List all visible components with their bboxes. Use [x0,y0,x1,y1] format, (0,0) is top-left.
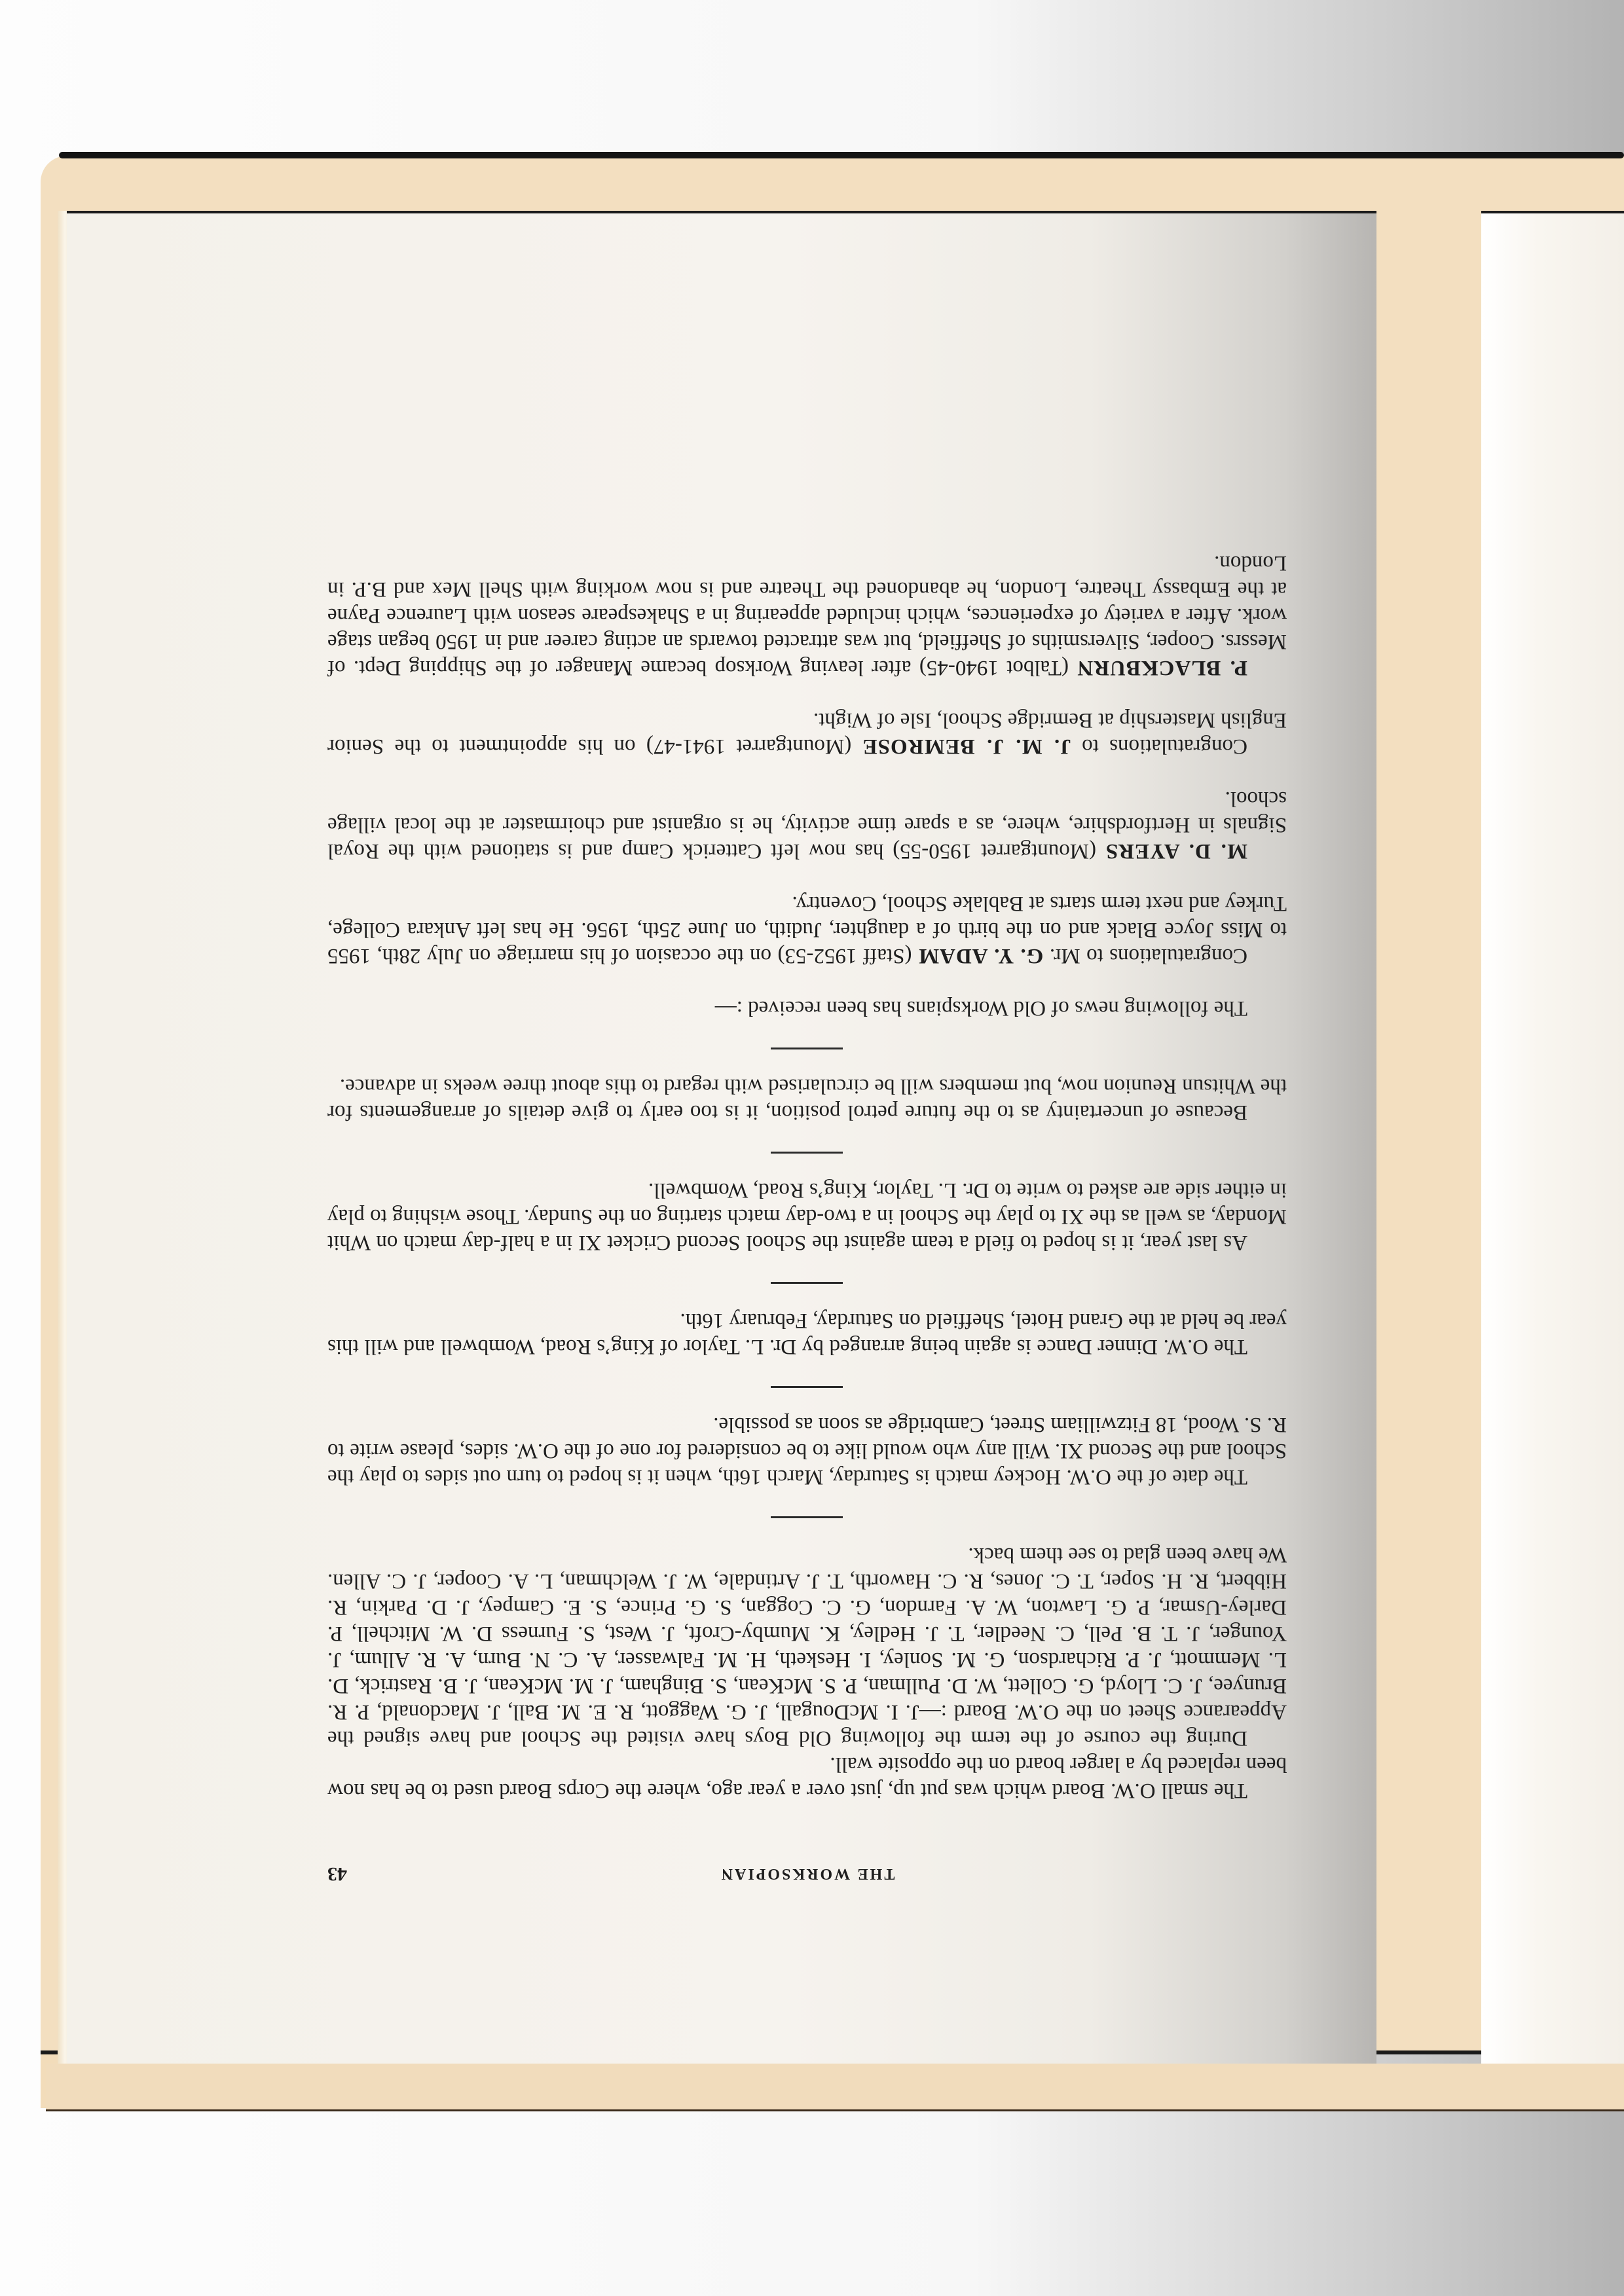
news-entry-blackburn: P. BLACKBURN (Talbot 1940-45) after leav… [327,550,1287,681]
running-head: THE WORKSOPIAN 43 [327,1861,1287,1887]
paragraph-ow-board: The small O.W. Board which was put up, j… [327,1751,1287,1804]
news-entry-ayers: M. D. AYERS (Mountgarret 1950-55) has no… [327,786,1287,864]
section-divider [771,1282,843,1284]
spacer [327,681,1287,707]
section-divider [771,1048,843,1049]
section-divider [771,1152,843,1154]
spacer [327,969,1287,995]
page-right [1481,211,1624,2066]
page-body: The small O.W. Board which was put up, j… [327,550,1287,1804]
printed-page-text: THE WORKSOPIAN 43 The small O.W. Board w… [327,419,1287,1899]
person-name: M. D. AYERS [1105,839,1247,863]
news-entry-bemrose: Congratulations to J. M. J. BEMROSE (Mou… [327,707,1287,759]
person-name: J. M. J. BEMROSE [862,735,1071,758]
section-divider [771,1386,843,1388]
paragraph-cricket: As last year, it is hoped to field a tea… [327,1177,1287,1256]
paragraph-whitsun-reunion: Because of uncertainty as to the future … [327,1073,1287,1125]
paragraph-dinner-dance: The O.W. Dinner Dance is again being arr… [327,1307,1287,1360]
person-name: G. Y. ADAM [918,944,1043,968]
page-number: 43 [327,1861,347,1887]
news-entry-pre: Congratulations to Mr. [1043,944,1247,968]
running-title: THE WORKSOPIAN [327,1861,1287,1887]
paragraph-hockey: The date of the O.W. Hockey match is Sat… [327,1412,1287,1490]
section-divider [771,1516,843,1518]
spacer [327,864,1287,890]
spacer [327,759,1287,786]
book-cover-bottom-edge [46,2064,1624,2111]
book-cover-top-edge [59,152,1624,158]
paragraph-visitors-list: During the course of the term the follow… [327,1542,1287,1751]
news-intro: The following news of Old Workspians has… [327,995,1287,1021]
news-entry-adam: Congratulations to Mr. G. Y. ADAM (Staff… [327,890,1287,969]
person-name: P. BLACKBURN [1077,656,1247,680]
news-entry-pre: Congratulations to [1071,735,1247,758]
